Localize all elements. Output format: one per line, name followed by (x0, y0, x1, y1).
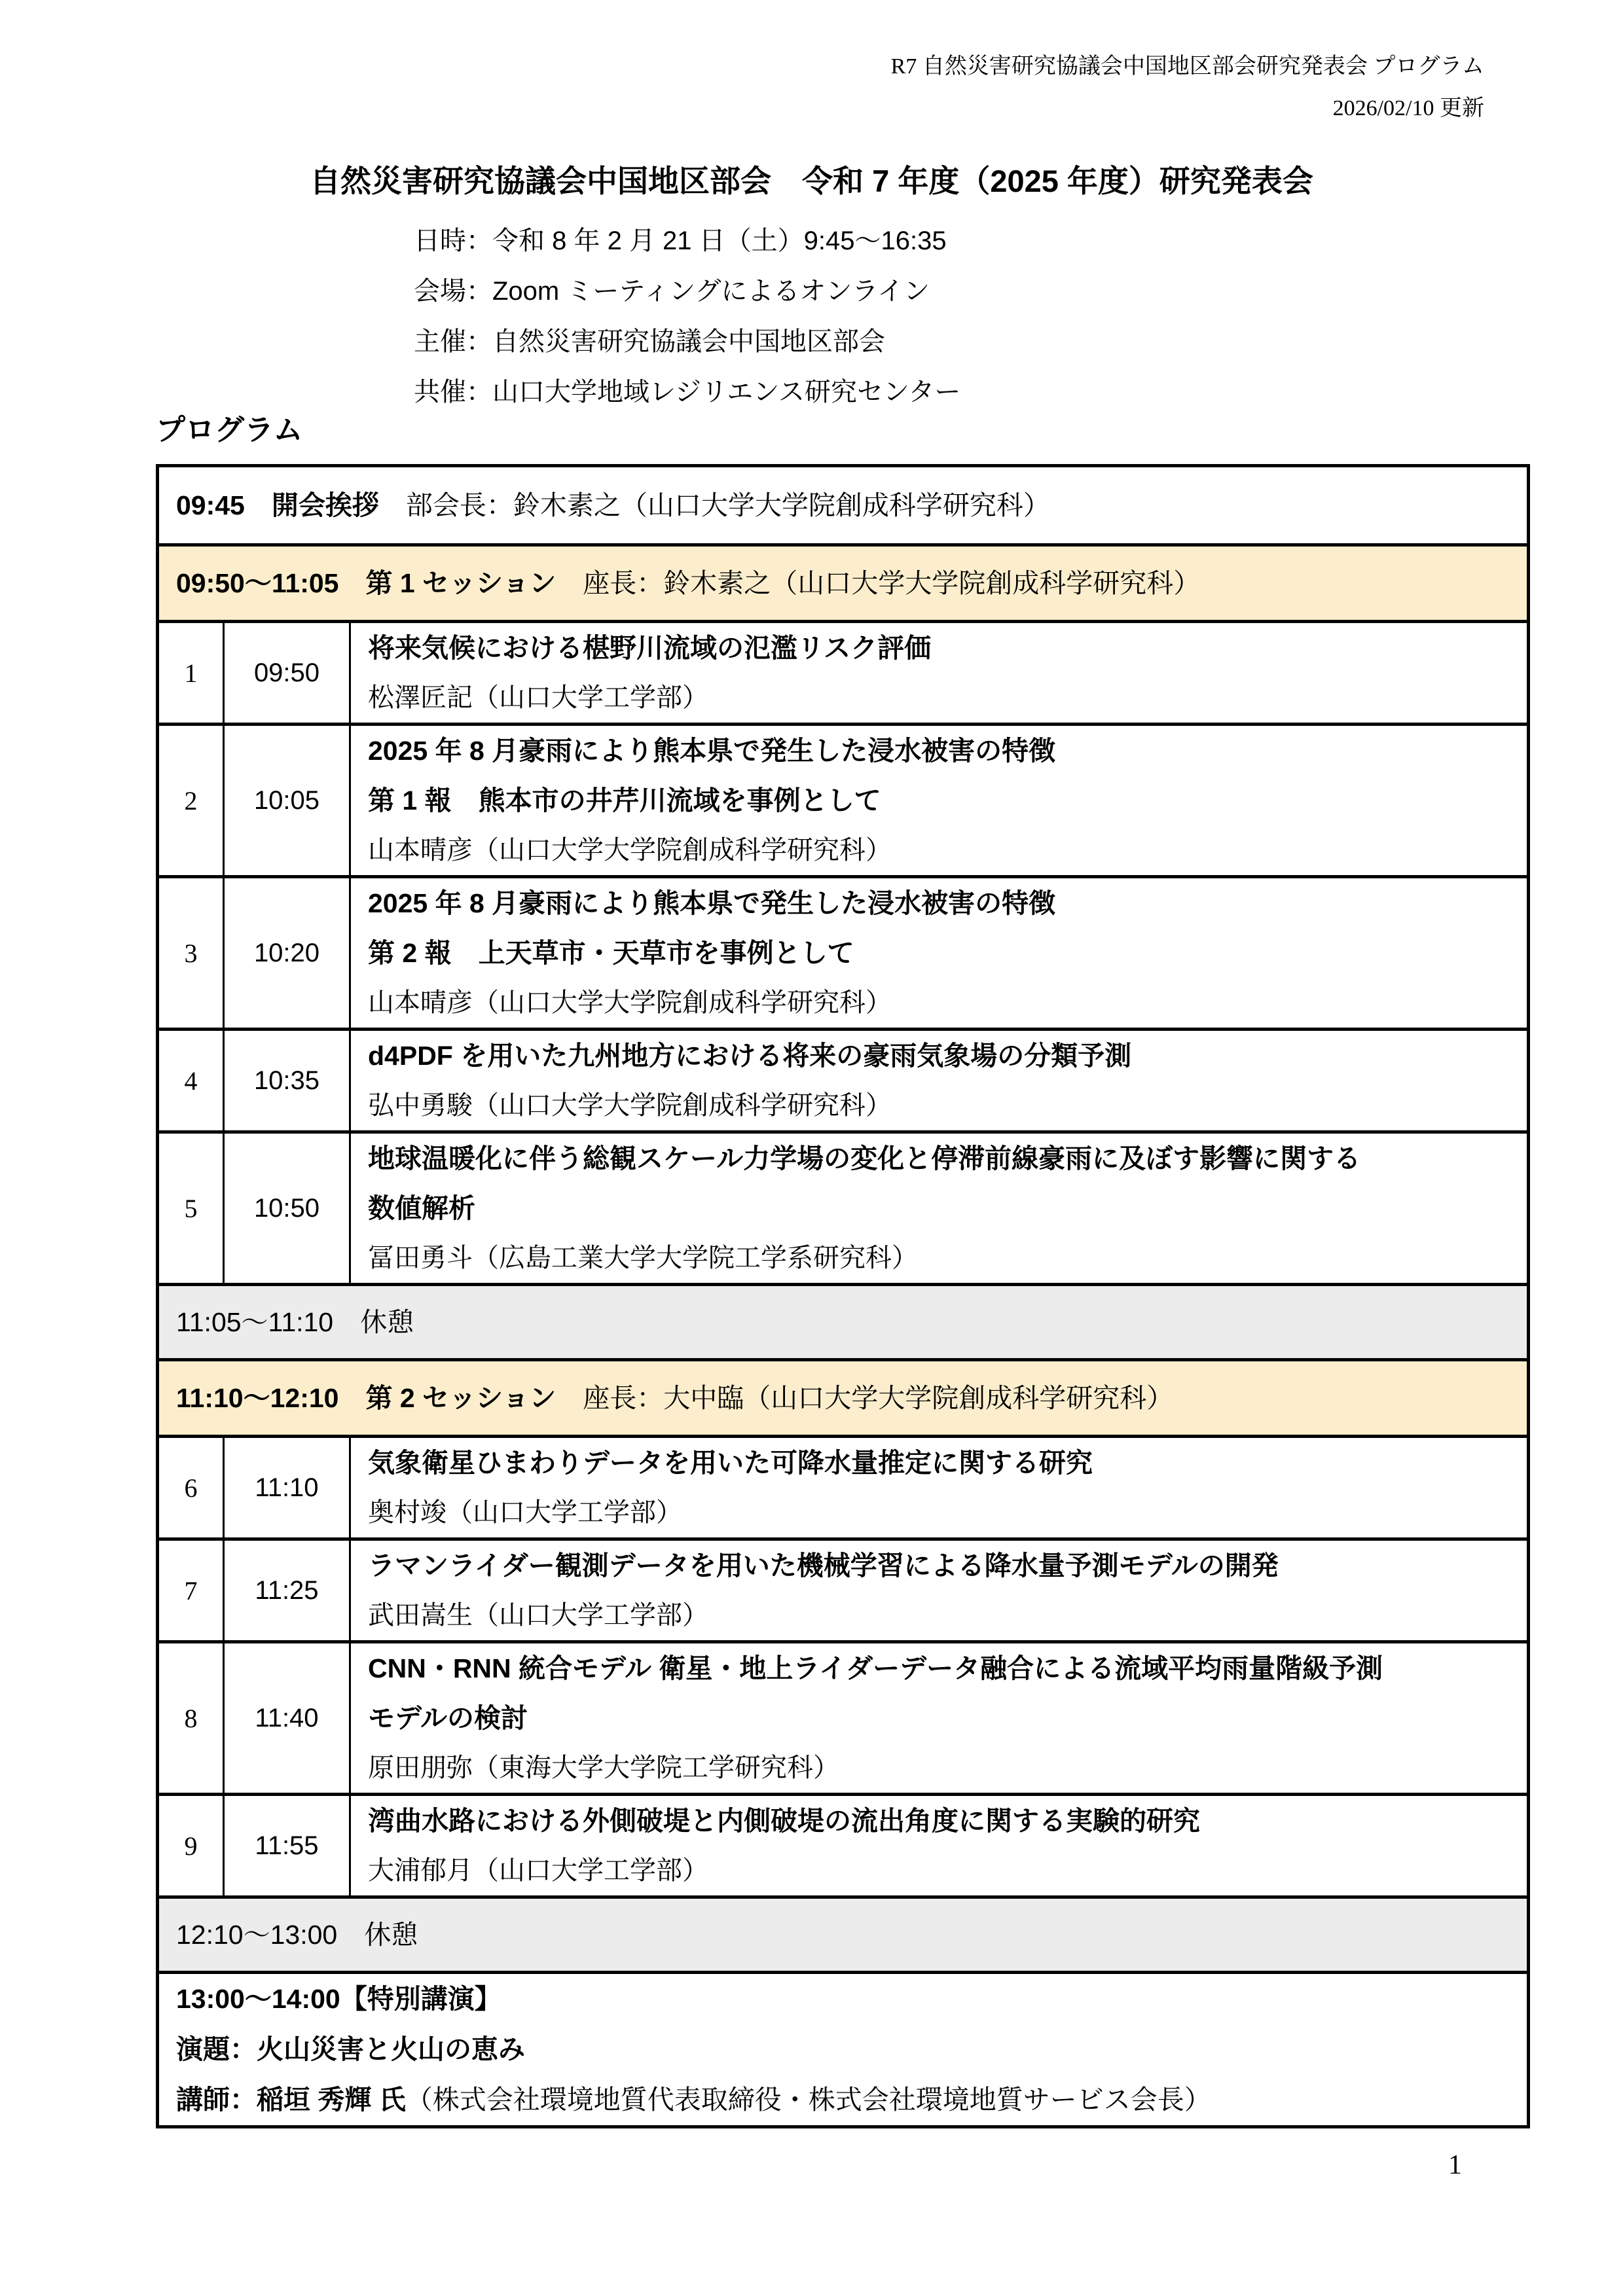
presentation-content: 湾曲水路における外側破堤と内側破堤の流出角度に関する実験的研究 大浦郁月（山口大… (351, 1796, 1527, 1895)
presentation-title: ラマンライダー観測データを用いた機械学習による降水量予測モデルの開発 (368, 1541, 1514, 1590)
presentation-row-7: 7 11:25 ラマンライダー観測データを用いた機械学習による降水量予測モデルの… (159, 1537, 1527, 1640)
special-lecture-speaker: 講師：稲垣 秀輝 氏（株式会社環境地質代表取締役・株式会社環境地質サービス会長） (176, 2075, 1514, 2125)
presentation-title: 2025 年 8 月豪雨により熊本県で発生した浸水被害の特徴 (368, 726, 1514, 776)
presentation-title: 地球温暖化に伴う総観スケール力学場の変化と停滞前線豪雨に及ぼす影響に関する (368, 1134, 1514, 1183)
presentation-number: 9 (159, 1796, 225, 1895)
opening-time-label: 09:45 開会挨拶 (176, 480, 379, 530)
break-row-2: 12:10～13:00 休憩 (159, 1895, 1527, 1971)
presentation-presenter: 冨田勇斗（広島工業大学大学院工学系研究科） (368, 1233, 1514, 1283)
page-number: 1 (1448, 2149, 1462, 2181)
opening-row-text: 09:45 開会挨拶 部会長：鈴木素之（山口大学大学院創成科学研究科） (159, 467, 1527, 543)
event-info: 日時：令和 8 年 2 月 21 日（土）9:45～16:35 会場：Zoom … (414, 216, 960, 418)
presentation-presenter: 山本晴彦（山口大学大学院創成科学研究科） (368, 978, 1514, 1028)
opening-row: 09:45 開会挨拶 部会長：鈴木素之（山口大学大学院創成科学研究科） (159, 467, 1527, 543)
presentation-title: 湾曲水路における外側破堤と内側破堤の流出角度に関する実験的研究 (368, 1796, 1514, 1846)
break-text: 12:10～13:00 休憩 (159, 1899, 1527, 1971)
presentation-number: 1 (159, 623, 225, 723)
presentation-time: 11:10 (225, 1438, 351, 1537)
presentation-presenter: 原田朋弥（東海大学大学院工学研究科） (368, 1743, 1514, 1793)
presentation-time: 11:55 (225, 1796, 351, 1895)
page-header-updated-date: 2026/02/10 更新 (891, 88, 1484, 130)
presentation-title: d4PDF を用いた九州地方における将来の豪雨気象場の分類予測 (368, 1031, 1514, 1081)
presentation-presenter: 武田嵩生（山口大学工学部） (368, 1590, 1514, 1640)
special-lecture-row: 13:00～14:00【特別講演】 演題：火山災害と火山の恵み 講師：稲垣 秀輝… (159, 1971, 1527, 2125)
presentation-presenter: 大浦郁月（山口大学工学部） (368, 1846, 1514, 1895)
special-lecture-speaker-affiliation: （株式会社環境地質代表取締役・株式会社環境地質サービス会長） (406, 2085, 1211, 2115)
presentation-row-5: 5 10:50 地球温暖化に伴う総観スケール力学場の変化と停滞前線豪雨に及ぼす影… (159, 1130, 1527, 1283)
session2-header-text: 11:10～12:10 第 2 セッション 座長：大中臨（山口大学大学院創成科学… (159, 1361, 1527, 1435)
session1-header-text: 09:50～11:05 第 1 セッション 座長：鈴木素之（山口大学大学院創成科… (159, 547, 1527, 620)
page-header: R7 自然災害研究協議会中国地区部会研究発表会 プログラム 2026/02/10… (891, 46, 1484, 130)
presentation-time: 11:25 (225, 1541, 351, 1640)
event-cosponsor: 共催：山口大学地域レジリエンス研究センター (414, 367, 960, 418)
document-page: R7 自然災害研究協議会中国地区部会研究発表会 プログラム 2026/02/10… (0, 0, 1623, 2296)
presentation-number: 7 (159, 1541, 225, 1640)
presentation-row-1: 1 09:50 将来気候における椹野川流域の氾濫リスク評価 松澤匠記（山口大学工… (159, 620, 1527, 723)
opening-chair: 部会長：鈴木素之（山口大学大学院創成科学研究科） (379, 480, 1050, 530)
presentation-presenter: 松澤匠記（山口大学工学部） (368, 673, 1514, 723)
presentation-title: 将来気候における椹野川流域の氾濫リスク評価 (368, 623, 1514, 673)
event-datetime: 日時：令和 8 年 2 月 21 日（土）9:45～16:35 (414, 216, 960, 266)
presentation-content: ラマンライダー観測データを用いた機械学習による降水量予測モデルの開発 武田嵩生（… (351, 1541, 1527, 1640)
presentation-row-9: 9 11:55 湾曲水路における外側破堤と内側破堤の流出角度に関する実験的研究 … (159, 1793, 1527, 1895)
presentation-presenter: 弘中勇駿（山口大学大学院創成科学研究科） (368, 1081, 1514, 1130)
program-table: 09:45 開会挨拶 部会長：鈴木素之（山口大学大学院創成科学研究科） 09:5… (156, 464, 1530, 2128)
session2-header-row: 11:10～12:10 第 2 セッション 座長：大中臨（山口大学大学院創成科学… (159, 1358, 1527, 1435)
presentation-time: 10:50 (225, 1134, 351, 1283)
presentation-number: 8 (159, 1643, 225, 1793)
session1-chair: 座長：鈴木素之（山口大学大学院創成科学研究科） (556, 558, 1200, 608)
presentation-content: 気象衛星ひまわりデータを用いた可降水量推定に関する研究 奥村竣（山口大学工学部） (351, 1438, 1527, 1537)
session1-header-row: 09:50～11:05 第 1 セッション 座長：鈴木素之（山口大学大学院創成科… (159, 543, 1527, 620)
special-lecture-topic: 演題：火山災害と火山の恵み (176, 2024, 1514, 2075)
presentation-number: 2 (159, 726, 225, 875)
page-header-title: R7 自然災害研究協議会中国地区部会研究発表会 プログラム (891, 46, 1484, 88)
presentation-row-4: 4 10:35 d4PDF を用いた九州地方における将来の豪雨気象場の分類予測 … (159, 1028, 1527, 1130)
presentation-number: 4 (159, 1031, 225, 1130)
event-organizer: 主催：自然災害研究協議会中国地区部会 (414, 317, 960, 367)
presentation-time: 10:20 (225, 878, 351, 1028)
session1-title: 09:50～11:05 第 1 セッション (176, 558, 556, 608)
break-text: 11:05～11:10 休憩 (159, 1286, 1527, 1358)
presentation-title-line2: 数値解析 (368, 1183, 1514, 1233)
session2-title: 11:10～12:10 第 2 セッション (176, 1373, 556, 1423)
presentation-row-2: 2 10:05 2025 年 8 月豪雨により熊本県で発生した浸水被害の特徴 第… (159, 723, 1527, 875)
presentation-content: 地球温暖化に伴う総観スケール力学場の変化と停滞前線豪雨に及ぼす影響に関する 数値… (351, 1134, 1527, 1283)
presentation-row-6: 6 11:10 気象衛星ひまわりデータを用いた可降水量推定に関する研究 奥村竣（… (159, 1435, 1527, 1537)
presentation-title-line2: モデルの検討 (368, 1693, 1514, 1743)
document-title: 自然災害研究協議会中国地区部会 令和 7 年度（2025 年度）研究発表会 (0, 157, 1623, 201)
special-lecture-time: 13:00～14:00【特別講演】 (176, 1974, 1514, 2024)
special-lecture-content: 13:00～14:00【特別講演】 演題：火山災害と火山の恵み 講師：稲垣 秀輝… (159, 1974, 1527, 2125)
presentation-title: 2025 年 8 月豪雨により熊本県で発生した浸水被害の特徴 (368, 878, 1514, 928)
presentation-content: CNN・RNN 統合モデル 衛星・地上ライダーデータ融合による流域平均雨量階級予… (351, 1643, 1527, 1793)
break-row-1: 11:05～11:10 休憩 (159, 1283, 1527, 1358)
presentation-title-line2: 第 1 報 熊本市の井芹川流域を事例として (368, 776, 1514, 825)
presentation-time: 11:40 (225, 1643, 351, 1793)
presentation-content: 2025 年 8 月豪雨により熊本県で発生した浸水被害の特徴 第 2 報 上天草… (351, 878, 1527, 1028)
program-heading: プログラム (156, 406, 303, 448)
presentation-content: d4PDF を用いた九州地方における将来の豪雨気象場の分類予測 弘中勇駿（山口大… (351, 1031, 1527, 1130)
session2-chair: 座長：大中臨（山口大学大学院創成科学研究科） (556, 1373, 1173, 1423)
presentation-title-line2: 第 2 報 上天草市・天草市を事例として (368, 928, 1514, 978)
presentation-content: 将来気候における椹野川流域の氾濫リスク評価 松澤匠記（山口大学工学部） (351, 623, 1527, 723)
presentation-row-8: 8 11:40 CNN・RNN 統合モデル 衛星・地上ライダーデータ融合による流… (159, 1640, 1527, 1793)
presentation-presenter: 奥村竣（山口大学工学部） (368, 1488, 1514, 1537)
presentation-content: 2025 年 8 月豪雨により熊本県で発生した浸水被害の特徴 第 1 報 熊本市… (351, 726, 1527, 875)
special-lecture-speaker-name: 講師：稲垣 秀輝 氏 (176, 2085, 406, 2115)
presentation-time: 10:35 (225, 1031, 351, 1130)
presentation-number: 3 (159, 878, 225, 1028)
presentation-number: 5 (159, 1134, 225, 1283)
presentation-title: 気象衛星ひまわりデータを用いた可降水量推定に関する研究 (368, 1438, 1514, 1488)
presentation-time: 10:05 (225, 726, 351, 875)
presentation-row-3: 3 10:20 2025 年 8 月豪雨により熊本県で発生した浸水被害の特徴 第… (159, 875, 1527, 1028)
presentation-title: CNN・RNN 統合モデル 衛星・地上ライダーデータ融合による流域平均雨量階級予… (368, 1643, 1514, 1693)
presentation-number: 6 (159, 1438, 225, 1537)
event-venue: 会場：Zoom ミーティングによるオンライン (414, 266, 960, 317)
presentation-time: 09:50 (225, 623, 351, 723)
presentation-presenter: 山本晴彦（山口大学大学院創成科学研究科） (368, 825, 1514, 875)
